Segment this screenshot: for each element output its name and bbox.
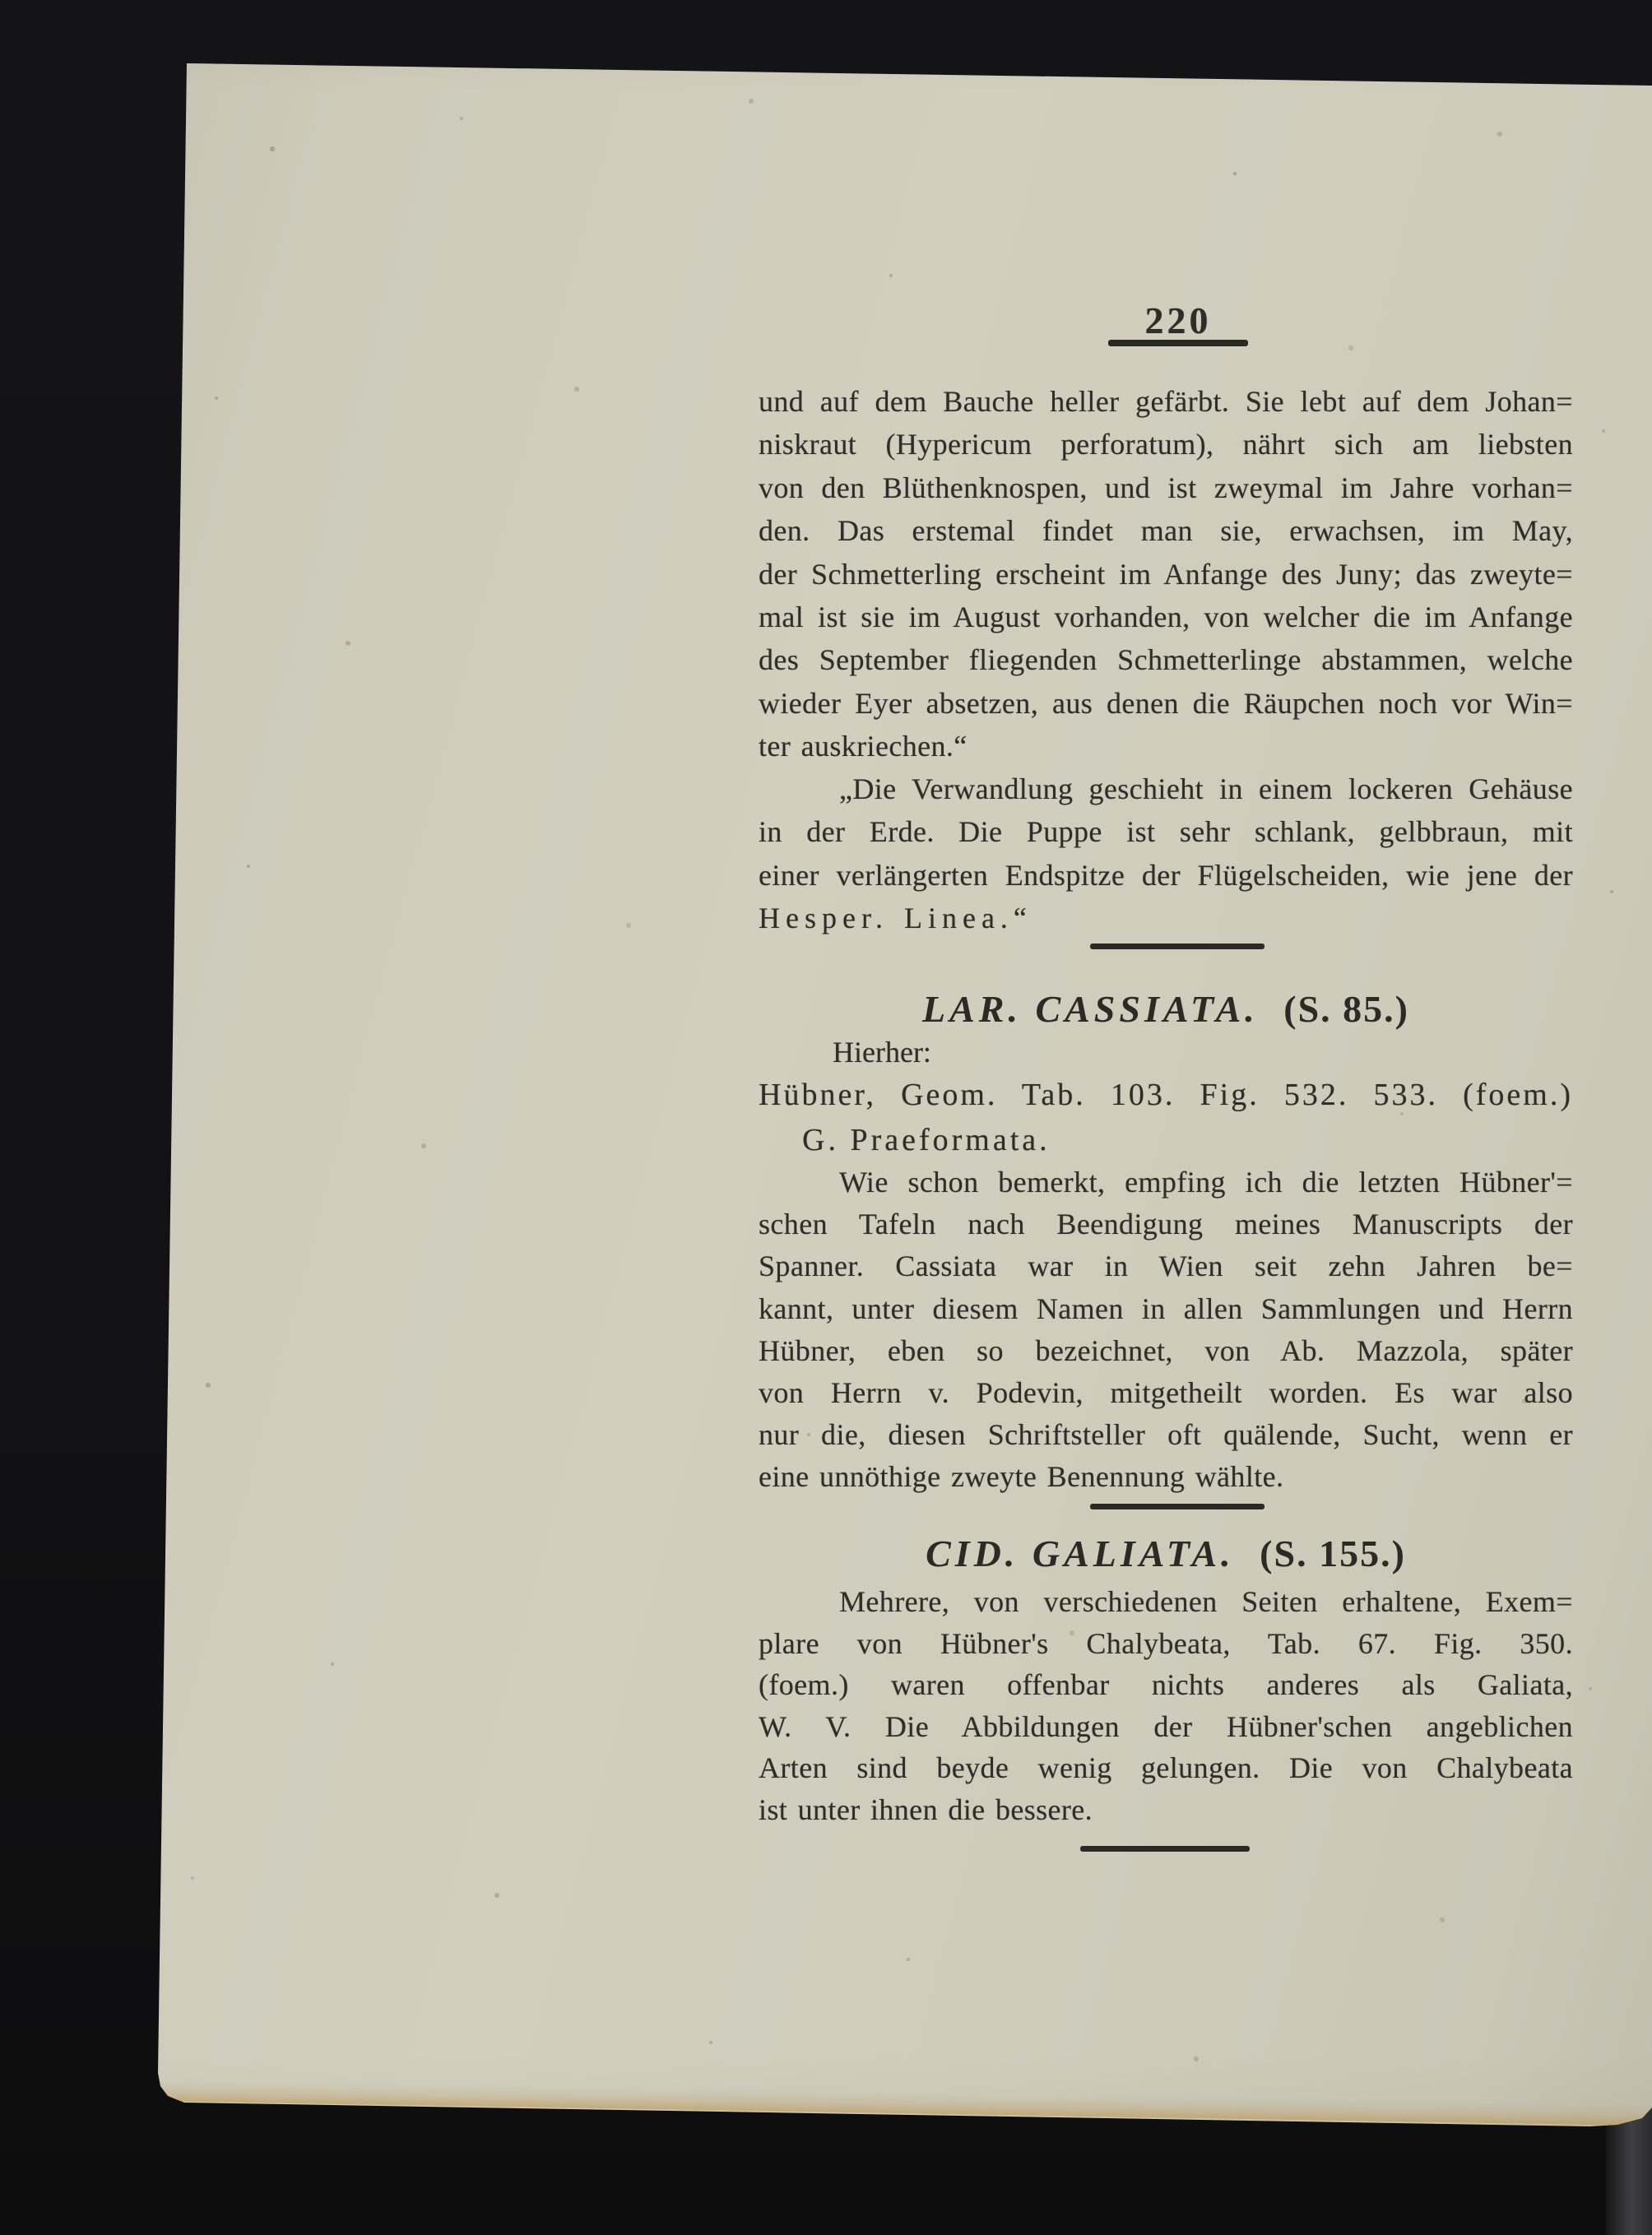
text-line: Spanner. Cassiata war in Wien seit zehn …: [759, 1245, 1573, 1287]
text-line: mal ist sie im August vorhanden, von wel…: [759, 596, 1573, 638]
text-line: Arten sind beyde wenig gelungen. Die von…: [759, 1747, 1573, 1789]
text-line: (foem.) waren offenbar nichts anderes al…: [759, 1664, 1573, 1706]
book-page: 220 und auf dem Bauche heller gefärbt. S…: [0, 0, 1652, 2235]
text-line: „Die Verwandlung geschieht in einem lock…: [759, 767, 1573, 810]
text-line: schen Tafeln nach Beendigung meines Manu…: [759, 1203, 1573, 1245]
text-line: eine unnöthige zweyte Benennung wählte.: [759, 1456, 1573, 1498]
text-line: Mehrere, von verschiedenen Seiten erhalt…: [759, 1581, 1573, 1623]
separator-rule: [1090, 1504, 1265, 1509]
scan-background: 220 und auf dem Bauche heller gefärbt. S…: [0, 0, 1652, 2235]
paragraph-johanniskraut: und auf dem Bauche heller gefärbt. Sie l…: [759, 380, 1573, 768]
text-line: einer verlängerten Endspitze der Flügels…: [759, 854, 1573, 897]
end-rule: [1080, 1846, 1250, 1852]
page-reference: (S. 155.): [1260, 1533, 1406, 1574]
synonym-praeformata: G. Praeformata.: [802, 1119, 1051, 1162]
paragraph-cassiata: Wie schon bemerkt, empfing ich die letzt…: [759, 1162, 1573, 1499]
section-heading-galiata: CID. GALIATA. (S. 155.): [759, 1530, 1573, 1578]
text-line: ter auskriechen.“: [759, 725, 1573, 767]
text-line: von den Blüthenknospen, und ist zweymal …: [759, 466, 1573, 509]
text-line: in der Erde. Die Puppe ist sehr schlank,…: [759, 810, 1573, 853]
text-line: Hübner, eben so bezeichnet, von Ab. Mazz…: [759, 1330, 1573, 1372]
text-line: plare von Hübner's Chalybeata, Tab. 67. …: [759, 1623, 1573, 1665]
species-name: LAR. CASSIATA.: [922, 988, 1259, 1030]
text-line: des September fliegenden Schmetterlinge …: [759, 638, 1573, 681]
text-line: nur die, diesen Schriftsteller oft quäle…: [759, 1414, 1573, 1456]
text-line: W. V. Die Abbildungen der Hübner'schen a…: [759, 1706, 1573, 1748]
text-line: von Herrn v. Podevin, mitgetheilt worden…: [759, 1372, 1573, 1414]
page-number: 220: [1108, 299, 1248, 342]
hierher-label: Hierher:: [833, 1032, 931, 1073]
text-line: und auf dem Bauche heller gefärbt. Sie l…: [759, 380, 1573, 423]
page-reference: (S. 85.): [1283, 988, 1409, 1030]
text-line: wieder Eyer absetzen, aus denen die Räup…: [759, 682, 1573, 725]
species-name: CID. GALIATA.: [926, 1533, 1235, 1574]
paragraph-galiata: Mehrere, von verschiedenen Seiten erhalt…: [759, 1581, 1573, 1831]
text-line: kannt, unter diesem Namen in allen Samml…: [759, 1288, 1573, 1330]
text-line: niskraut (Hypericum perforatum), nährt s…: [759, 423, 1573, 466]
page-number-rule: [1108, 340, 1248, 346]
page-bottom-edge: [148, 2080, 1652, 2126]
text-line: ist unter ihnen die bessere.: [759, 1789, 1573, 1831]
text-line: Wie schon bemerkt, empfing ich die letzt…: [759, 1162, 1573, 1203]
section-heading-cassiata: LAR. CASSIATA. (S. 85.): [759, 985, 1573, 1033]
paper-speckles: [0, 0, 2, 2]
text-line: den. Das erstemal findet man sie, erwach…: [759, 509, 1573, 552]
citation-huebner: Hübner, Geom. Tab. 103. Fig. 532. 533. (…: [759, 1073, 1573, 1117]
separator-rule: [1090, 944, 1265, 949]
paragraph-verwandlung: „Die Verwandlung geschieht in einem lock…: [759, 767, 1573, 940]
text-line: Hesper. Linea.“: [759, 897, 1573, 939]
text-line: der Schmetterling erscheint im Anfange d…: [759, 553, 1573, 596]
